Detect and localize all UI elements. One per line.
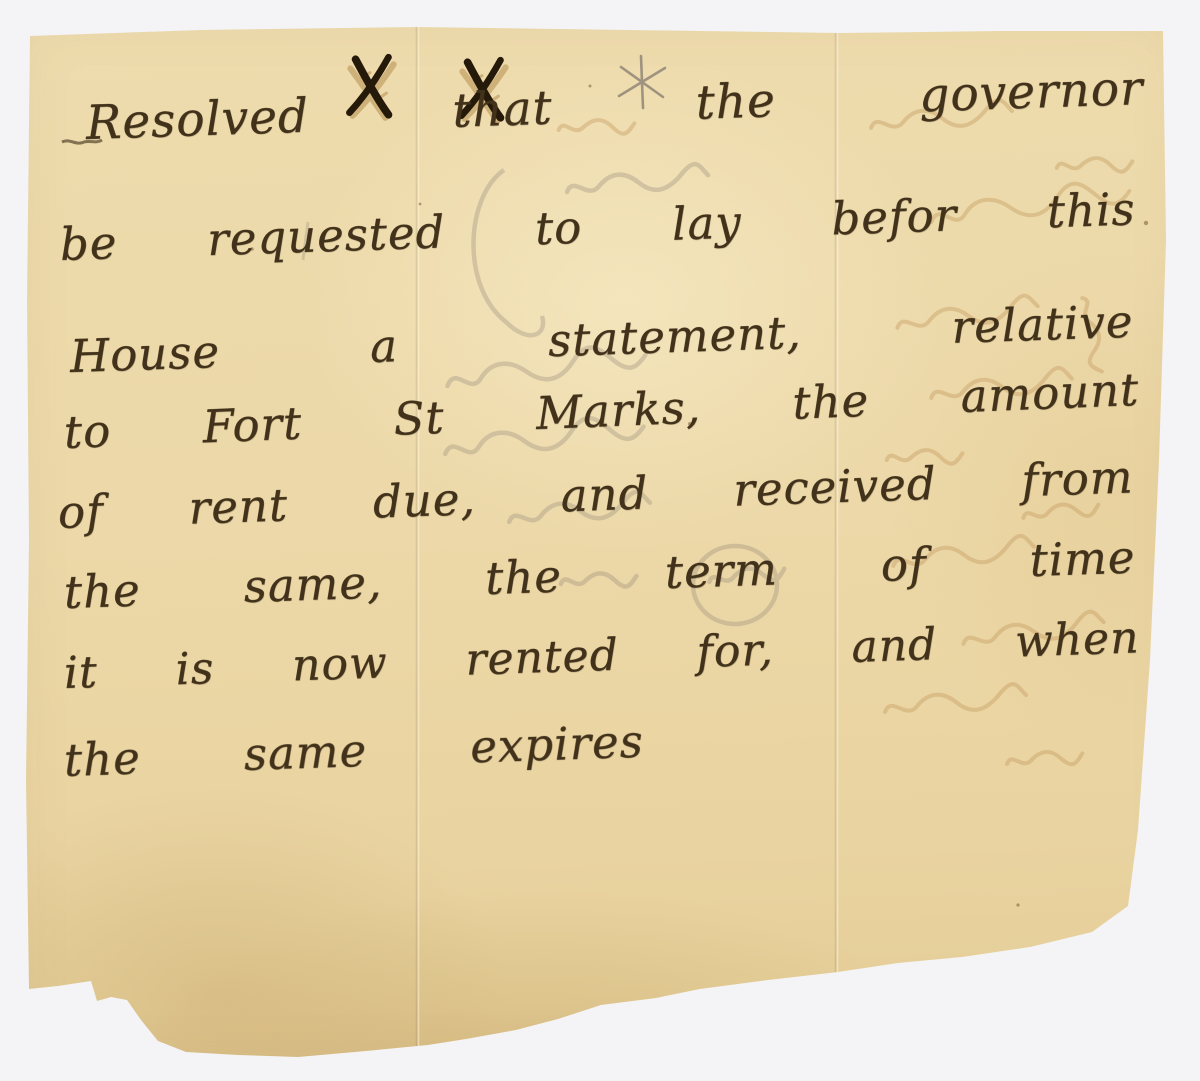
document-paper: Resolved that the governor be requested …	[0, 0, 1200, 1081]
scan-background: Resolved that the governor be requested …	[0, 0, 1200, 1081]
